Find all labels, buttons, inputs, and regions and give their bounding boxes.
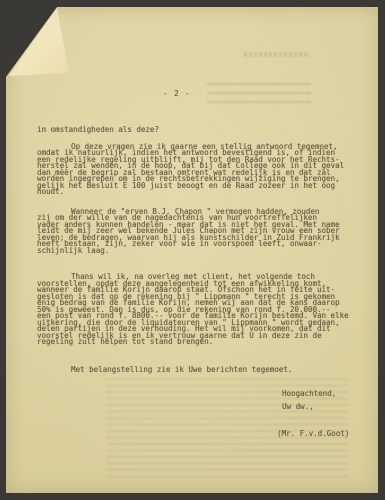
- page-number: - 2 -: [163, 91, 191, 98]
- letter-body: in omstandigheden als deze? Op deze vrag…: [37, 127, 363, 373]
- closing-block: Hoogachtend, Uw dw.,: [282, 384, 336, 417]
- paragraph-answer-expectation: Op deze vragen zie ik gaarne een stellig…: [37, 144, 363, 196]
- folded-corner: [6, 7, 76, 82]
- paragraph-closing-line: Met belangstelling zie ik Uwe berichten …: [37, 367, 363, 374]
- paragraph-question: in omstandigheden als deze?: [37, 127, 363, 134]
- closing-salutation: Hoogachtend,: [282, 391, 336, 398]
- scanned-letter-background: - 2 - in omstandigheden als deze? Op dez…: [0, 0, 385, 500]
- closing-signoff: Uw dw.,: [282, 404, 336, 411]
- paragraph-proposal: Thans wil ik, na overleg met client, het…: [37, 274, 363, 346]
- signature-name: (Mr. F.v.d.Goot): [277, 431, 349, 438]
- bleedthrough-address-smudge: [207, 83, 311, 110]
- bleedthrough-date-smudge: [244, 52, 310, 57]
- letter-paper: - 2 - in omstandigheden als deze? Op dez…: [6, 7, 378, 493]
- paragraph-erven-chapon: Wanneer de "erven B.J. Chapon " vermogen…: [37, 209, 363, 255]
